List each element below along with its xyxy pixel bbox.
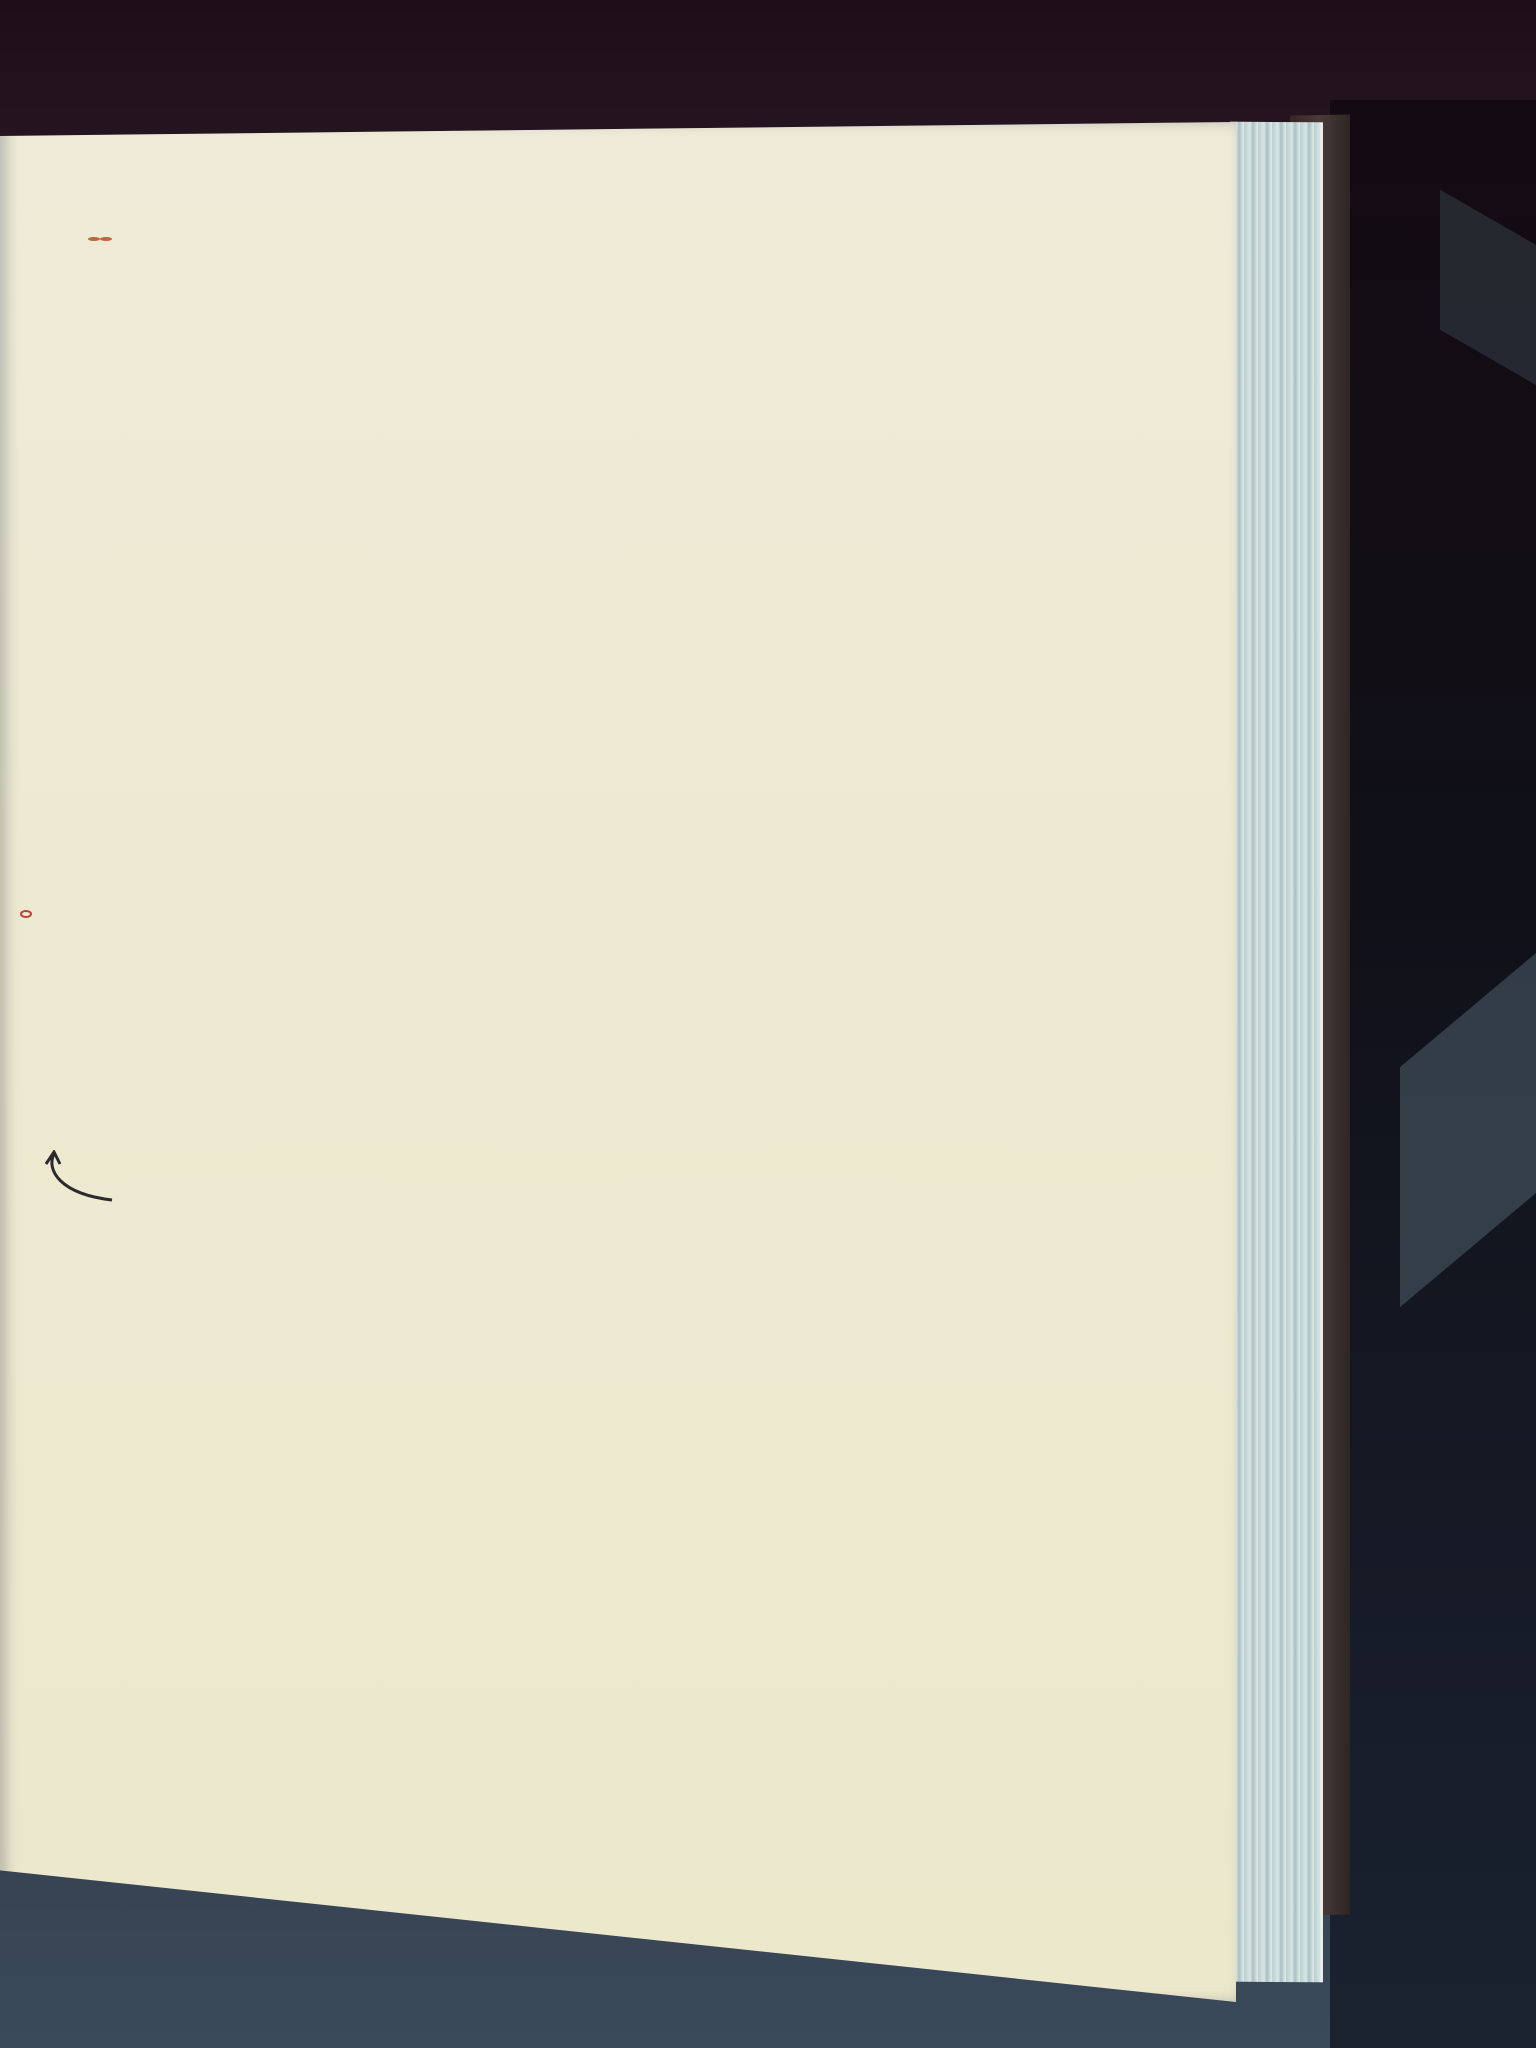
page-stack-edge bbox=[1230, 122, 1323, 1983]
circled-number bbox=[88, 237, 100, 241]
book-page bbox=[0, 122, 1236, 2002]
margin-note-circled bbox=[20, 910, 32, 918]
circled-number bbox=[100, 237, 112, 241]
header-crossref bbox=[88, 220, 112, 249]
curved-arrow-icon bbox=[40, 1150, 120, 1210]
